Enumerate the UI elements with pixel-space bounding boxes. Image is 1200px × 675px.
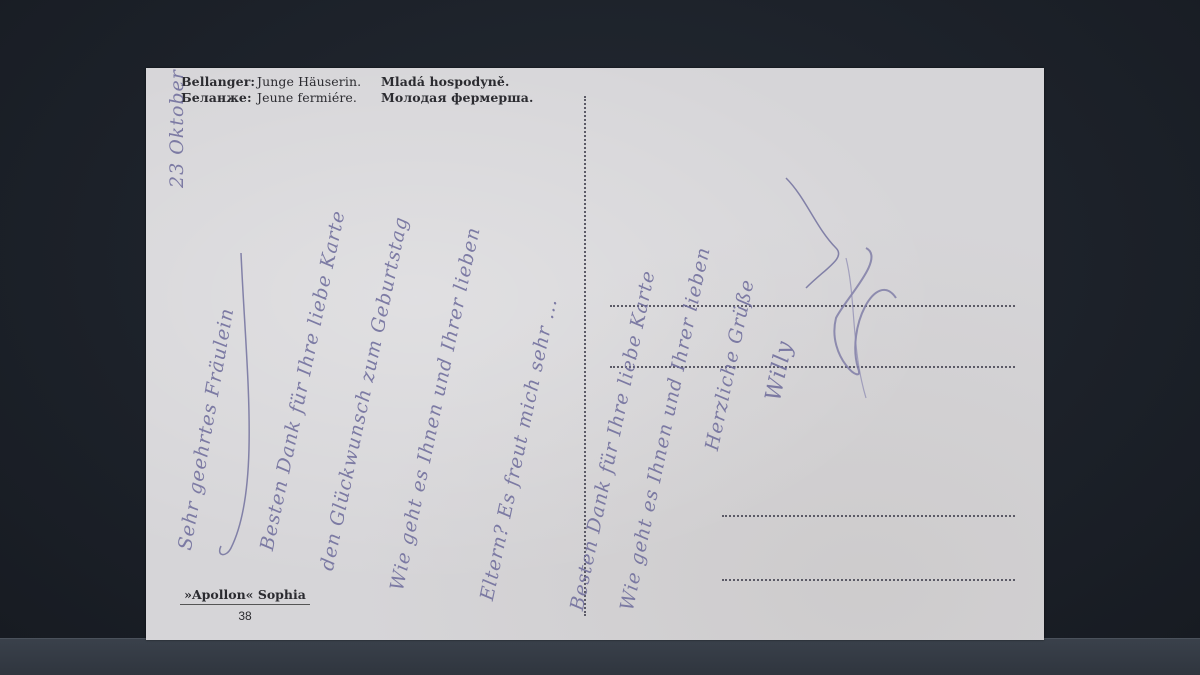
- gray-shelf: [0, 638, 1200, 675]
- publisher-imprint: »Apollon« Sophia: [180, 587, 310, 605]
- ink-flourish-icon: [146, 68, 1044, 640]
- postcard: Bellanger: Junge Häuserin. Mladá hospody…: [146, 68, 1044, 640]
- card-number: 38: [180, 609, 310, 623]
